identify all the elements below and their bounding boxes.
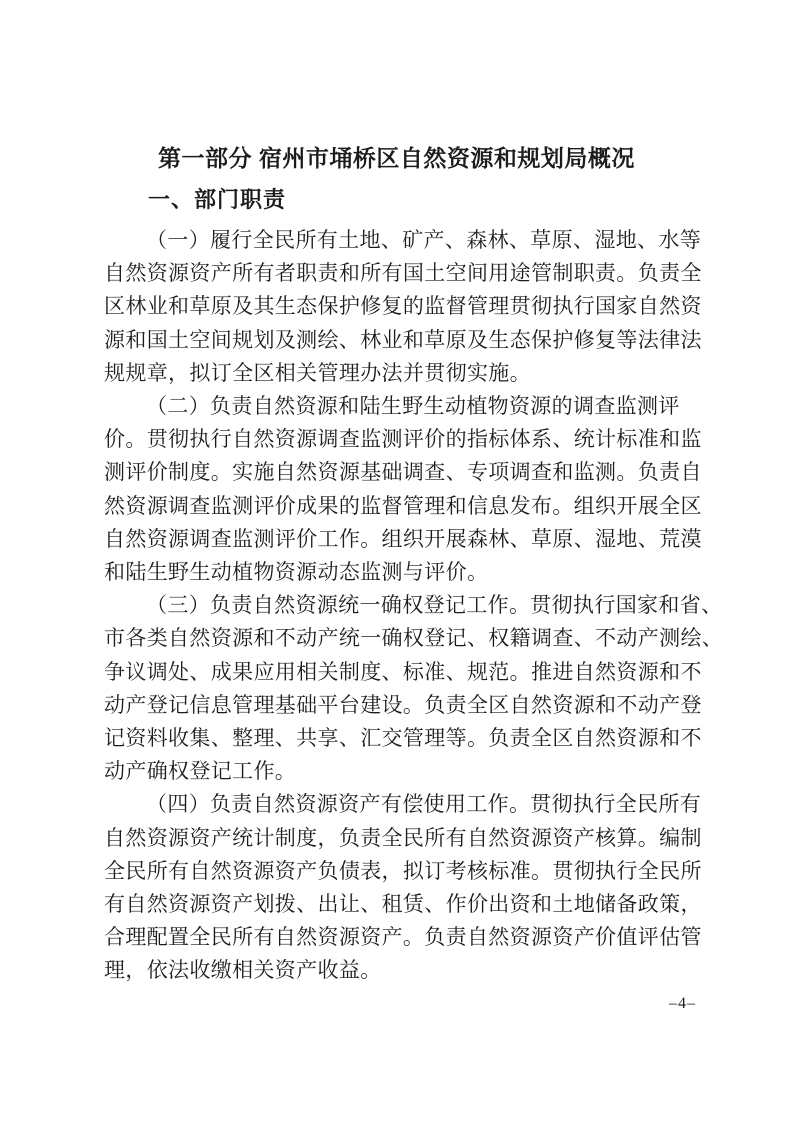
paragraph-4: （四）负责自然资源资产有偿使用工作。贯彻执行全民所有自然资源资产统计制度，负责全… — [104, 788, 704, 987]
paragraph-1: （一）履行全民所有土地、矿产、森林、草原、湿地、水等自然资源资产所有者职责和所有… — [104, 224, 704, 390]
paragraph-line: 记资料收集、整理、共享、汇交管理等。负责全区自然资源和不 — [104, 722, 704, 755]
paragraph-line: 动产确权登记工作。 — [104, 755, 704, 788]
paragraph-2: （二）负责自然资源和陆生野生动植物资源的调查监测评价。贯彻执行自然资源调查监测评… — [104, 390, 704, 589]
paragraph-line: 价。贯彻执行自然资源调查监测评价的指标体系、统计标准和监 — [104, 423, 704, 456]
paragraph-line: 理，依法收缴相关资产收益。 — [104, 954, 704, 987]
paragraph-line: 自然资源调查监测评价工作。组织开展森林、草原、湿地、荒漠 — [104, 523, 704, 556]
paragraph-line: 全民所有自然资源资产负债表，拟订考核标准。贯彻执行全民所 — [104, 855, 704, 888]
paragraph-line: 自然资源资产所有者职责和所有国土空间用途管制职责。负责全 — [104, 257, 704, 290]
paragraph-3: （三）负责自然资源统一确权登记工作。贯彻执行国家和省、市各类自然资源和不动产统一… — [104, 589, 704, 788]
paragraph-line: （四）负责自然资源资产有偿使用工作。贯彻执行全民所有 — [104, 788, 704, 821]
paragraph-line: 动产登记信息管理基础平台建设。负责全区自然资源和不动产登 — [104, 689, 704, 722]
paragraph-line: 区林业和草原及其生态保护修复的监督管理贯彻执行国家自然资 — [104, 290, 704, 323]
section-heading: 一、部门职责 — [104, 186, 286, 214]
paragraph-line: （三）负责自然资源统一确权登记工作。贯彻执行国家和省、 — [104, 589, 704, 622]
paragraph-line: 然资源调查监测评价成果的监督管理和信息发布。组织开展全区 — [104, 490, 704, 523]
paragraph-line: 有自然资源资产划拨、出让、租赁、作价出资和土地储备政策， — [104, 888, 704, 921]
paragraph-line: 测评价制度。实施自然资源基础调查、专项调查和监测。负责自 — [104, 456, 704, 489]
paragraph-line: 市各类自然资源和不动产统一确权登记、权籍调查、不动产测绘、 — [104, 622, 704, 655]
paragraph-line: 争议调处、成果应用相关制度、标准、规范。推进自然资源和不 — [104, 656, 704, 689]
paragraph-line: （二）负责自然资源和陆生野生动植物资源的调查监测评 — [104, 390, 704, 423]
paragraph-line: 和陆生野生动植物资源动态监测与评价。 — [104, 556, 704, 589]
page-title: 第一部分 宿州市埇桥区自然资源和规划局概况 — [0, 143, 793, 173]
paragraph-line: 合理配置全民所有自然资源资产。负责自然资源资产价值评估管 — [104, 921, 704, 954]
document-page: 第一部分 宿州市埇桥区自然资源和规划局概况 一、部门职责 （一）履行全民所有土地… — [0, 0, 793, 1122]
paragraph-line: 源和国土空间规划及测绘、林业和草原及生态保护修复等法律法 — [104, 324, 704, 357]
page-number: –4– — [669, 993, 696, 1015]
paragraph-line: （一）履行全民所有土地、矿产、森林、草原、湿地、水等 — [104, 224, 704, 257]
paragraph-line: 规规章，拟订全区相关管理办法并贯彻实施。 — [104, 357, 704, 390]
paragraph-line: 自然资源资产统计制度，负责全民所有自然资源资产核算。编制 — [104, 822, 704, 855]
document-body: （一）履行全民所有土地、矿产、森林、草原、湿地、水等自然资源资产所有者职责和所有… — [104, 224, 704, 988]
